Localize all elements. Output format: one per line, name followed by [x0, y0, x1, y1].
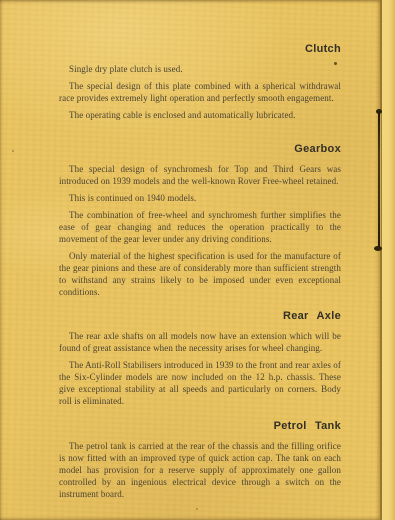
paper-speck — [12, 150, 14, 152]
paragraph: The special design of this plate combine… — [59, 80, 341, 104]
paragraph: The operating cable is enclosed and auto… — [59, 109, 341, 121]
section-rear-axle: Rear Axle The rear axle shafts on all mo… — [59, 310, 341, 407]
paragraph: The special design of synchromesh for To… — [59, 163, 341, 187]
section-heading-rear-axle: Rear Axle — [59, 310, 341, 323]
scanned-page: Clutch Single dry plate clutch is used. … — [0, 0, 395, 520]
binding-thread — [378, 112, 380, 248]
section-heading-clutch: Clutch — [59, 43, 341, 56]
section-heading-gearbox: Gearbox — [59, 143, 341, 156]
paragraph: Single dry plate clutch is used. — [59, 63, 341, 75]
paragraph: The combination of free-wheel and synchr… — [59, 209, 341, 245]
page-content: Clutch Single dry plate clutch is used. … — [59, 43, 341, 500]
section-heading-petrol-tank: Petrol Tank — [59, 420, 341, 433]
section-clutch: Clutch Single dry plate clutch is used. … — [59, 43, 341, 121]
paragraph: The petrol tank is carried at the rear o… — [59, 440, 341, 500]
paragraph: This is continued on 1940 models. — [59, 192, 341, 204]
paragraph: The Anti-Roll Stabilisers introduced in … — [59, 359, 341, 407]
paragraph: The rear axle shafts on all models now h… — [59, 330, 341, 354]
section-gearbox: Gearbox The special design of synchromes… — [59, 143, 341, 298]
section-petrol-tank: Petrol Tank The petrol tank is carried a… — [59, 420, 341, 500]
paragraph: Only material of the highest specificati… — [59, 250, 341, 298]
paper-speck — [196, 508, 198, 510]
page-edge-strip — [380, 0, 395, 520]
